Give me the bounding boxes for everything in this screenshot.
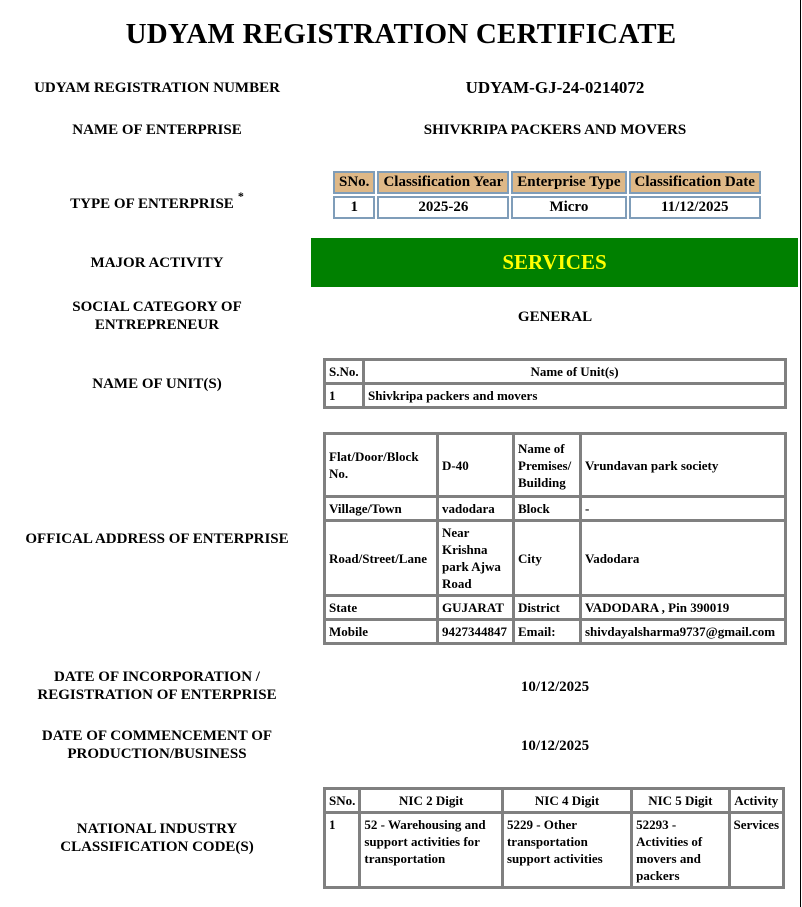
classification-table: SNo. Classification Year Enterprise Type…	[331, 169, 763, 221]
social-category-label-line2: ENTREPRENEUR	[0, 316, 314, 334]
flat-label: Flat/Door/Block No.	[325, 434, 438, 497]
registration-number-value: UDYAM-GJ-24-0214072	[310, 79, 800, 97]
major-activity-band: SERVICES	[311, 238, 798, 287]
official-address-label: OFFICAL ADDRESS OF ENTERPRISE	[0, 530, 314, 548]
incorporation-date-label-line2: REGISTRATION OF ENTERPRISE	[0, 686, 314, 704]
classification-year: 2025-26	[377, 196, 509, 219]
nic-codes-label-line2: CLASSIFICATION CODE(S)	[0, 838, 314, 856]
units-table: S.No. Name of Unit(s) 1 Shivkripa packer…	[323, 358, 787, 409]
address-row: Flat/Door/Block No. D-40 Name of Premise…	[325, 434, 786, 497]
unit-names-label: NAME OF UNIT(S)	[0, 375, 314, 393]
commencement-date-value: 10/12/2025	[310, 737, 800, 755]
classification-header-sno: SNo.	[333, 171, 375, 194]
state-label: State	[325, 596, 438, 620]
road-label: Road/Street/Lane	[325, 521, 438, 596]
commencement-date-label: DATE OF COMMENCEMENT OF PRODUCTION/BUSIN…	[0, 727, 314, 763]
page-edge-rule	[800, 0, 801, 907]
district-label: District	[514, 596, 581, 620]
registration-number-label: UDYAM REGISTRATION NUMBER	[0, 79, 314, 97]
social-category-value: GENERAL	[310, 308, 800, 326]
enterprise-type-label: TYPE OF ENTERPRISE*	[0, 189, 314, 213]
classification-header-date: Classification Date	[629, 171, 761, 194]
nic-activity: Services	[729, 813, 783, 888]
mobile-value: 9427344847	[438, 620, 514, 644]
enterprise-name-label: NAME OF ENTERPRISE	[0, 121, 314, 139]
nic-header-row: SNo. NIC 2 Digit NIC 4 Digit NIC 5 Digit…	[325, 789, 784, 813]
address-row: State GUJARAT District VADODARA , Pin 39…	[325, 596, 786, 620]
nic-header-sno: SNo.	[325, 789, 360, 813]
nic-sno: 1	[325, 813, 360, 888]
address-table: Flat/Door/Block No. D-40 Name of Premise…	[323, 432, 787, 645]
city-value: Vadodara	[581, 521, 786, 596]
commencement-date-label-line2: PRODUCTION/BUSINESS	[0, 745, 314, 763]
flat-value: D-40	[438, 434, 514, 497]
classification-type: Micro	[511, 196, 626, 219]
block-label: Block	[514, 497, 581, 521]
classification-header-row: SNo. Classification Year Enterprise Type…	[333, 171, 761, 194]
village-value: vadodara	[438, 497, 514, 521]
unit-name: Shivkripa packers and movers	[364, 384, 786, 408]
footnote-marker: *	[238, 189, 244, 203]
premises-value: Vrundavan park society	[581, 434, 786, 497]
classification-sno: 1	[333, 196, 375, 219]
nic-header-2digit: NIC 2 Digit	[360, 789, 503, 813]
unit-sno: 1	[325, 384, 364, 408]
classification-header-year: Classification Year	[377, 171, 509, 194]
social-category-label-line1: SOCIAL CATEGORY OF	[0, 298, 314, 316]
table-row: 1 52 - Warehousing and support activitie…	[325, 813, 784, 888]
road-value: Near Krishna park Ajwa Road	[438, 521, 514, 596]
nic-2digit: 52 - Warehousing and support activities …	[360, 813, 503, 888]
nic-table: SNo. NIC 2 Digit NIC 4 Digit NIC 5 Digit…	[323, 787, 785, 889]
district-value: VADODARA , Pin 390019	[581, 596, 786, 620]
village-label: Village/Town	[325, 497, 438, 521]
nic-header-5digit: NIC 5 Digit	[632, 789, 729, 813]
commencement-date-label-line1: DATE OF COMMENCEMENT OF	[0, 727, 314, 745]
units-header-name: Name of Unit(s)	[364, 360, 786, 384]
major-activity-label: MAJOR ACTIVITY	[0, 254, 314, 272]
city-label: City	[514, 521, 581, 596]
state-value: GUJARAT	[438, 596, 514, 620]
certificate-title: UDYAM REGISTRATION CERTIFICATE	[0, 16, 802, 52]
table-row: 1 Shivkripa packers and movers	[325, 384, 786, 408]
premises-label: Name of Premises/ Building	[514, 434, 581, 497]
nic-4digit: 5229 - Other transportation support acti…	[502, 813, 631, 888]
enterprise-type-label-text: TYPE OF ENTERPRISE	[70, 196, 234, 212]
enterprise-name-value: SHIVKRIPA PACKERS AND MOVERS	[310, 121, 800, 139]
address-row: Road/Street/Lane Near Krishna park Ajwa …	[325, 521, 786, 596]
address-row: Village/Town vadodara Block -	[325, 497, 786, 521]
email-value: shivdayalsharma9737@gmail.com	[581, 620, 786, 644]
classification-date: 11/12/2025	[629, 196, 761, 219]
block-value: -	[581, 497, 786, 521]
units-header-sno: S.No.	[325, 360, 364, 384]
nic-codes-label: NATIONAL INDUSTRY CLASSIFICATION CODE(S)	[0, 820, 314, 856]
classification-header-type: Enterprise Type	[511, 171, 626, 194]
incorporation-date-label: DATE OF INCORPORATION / REGISTRATION OF …	[0, 668, 314, 704]
address-row: Mobile 9427344847 Email: shivdayalsharma…	[325, 620, 786, 644]
units-header-row: S.No. Name of Unit(s)	[325, 360, 786, 384]
social-category-label: SOCIAL CATEGORY OF ENTREPRENEUR	[0, 298, 314, 334]
nic-header-activity: Activity	[729, 789, 783, 813]
email-label: Email:	[514, 620, 581, 644]
incorporation-date-label-line1: DATE OF INCORPORATION /	[0, 668, 314, 686]
mobile-label: Mobile	[325, 620, 438, 644]
nic-codes-label-line1: NATIONAL INDUSTRY	[0, 820, 314, 838]
nic-5digit: 52293 - Activities of movers and packers	[632, 813, 729, 888]
incorporation-date-value: 10/12/2025	[310, 678, 800, 696]
table-row: 1 2025-26 Micro 11/12/2025	[333, 196, 761, 219]
nic-header-4digit: NIC 4 Digit	[502, 789, 631, 813]
